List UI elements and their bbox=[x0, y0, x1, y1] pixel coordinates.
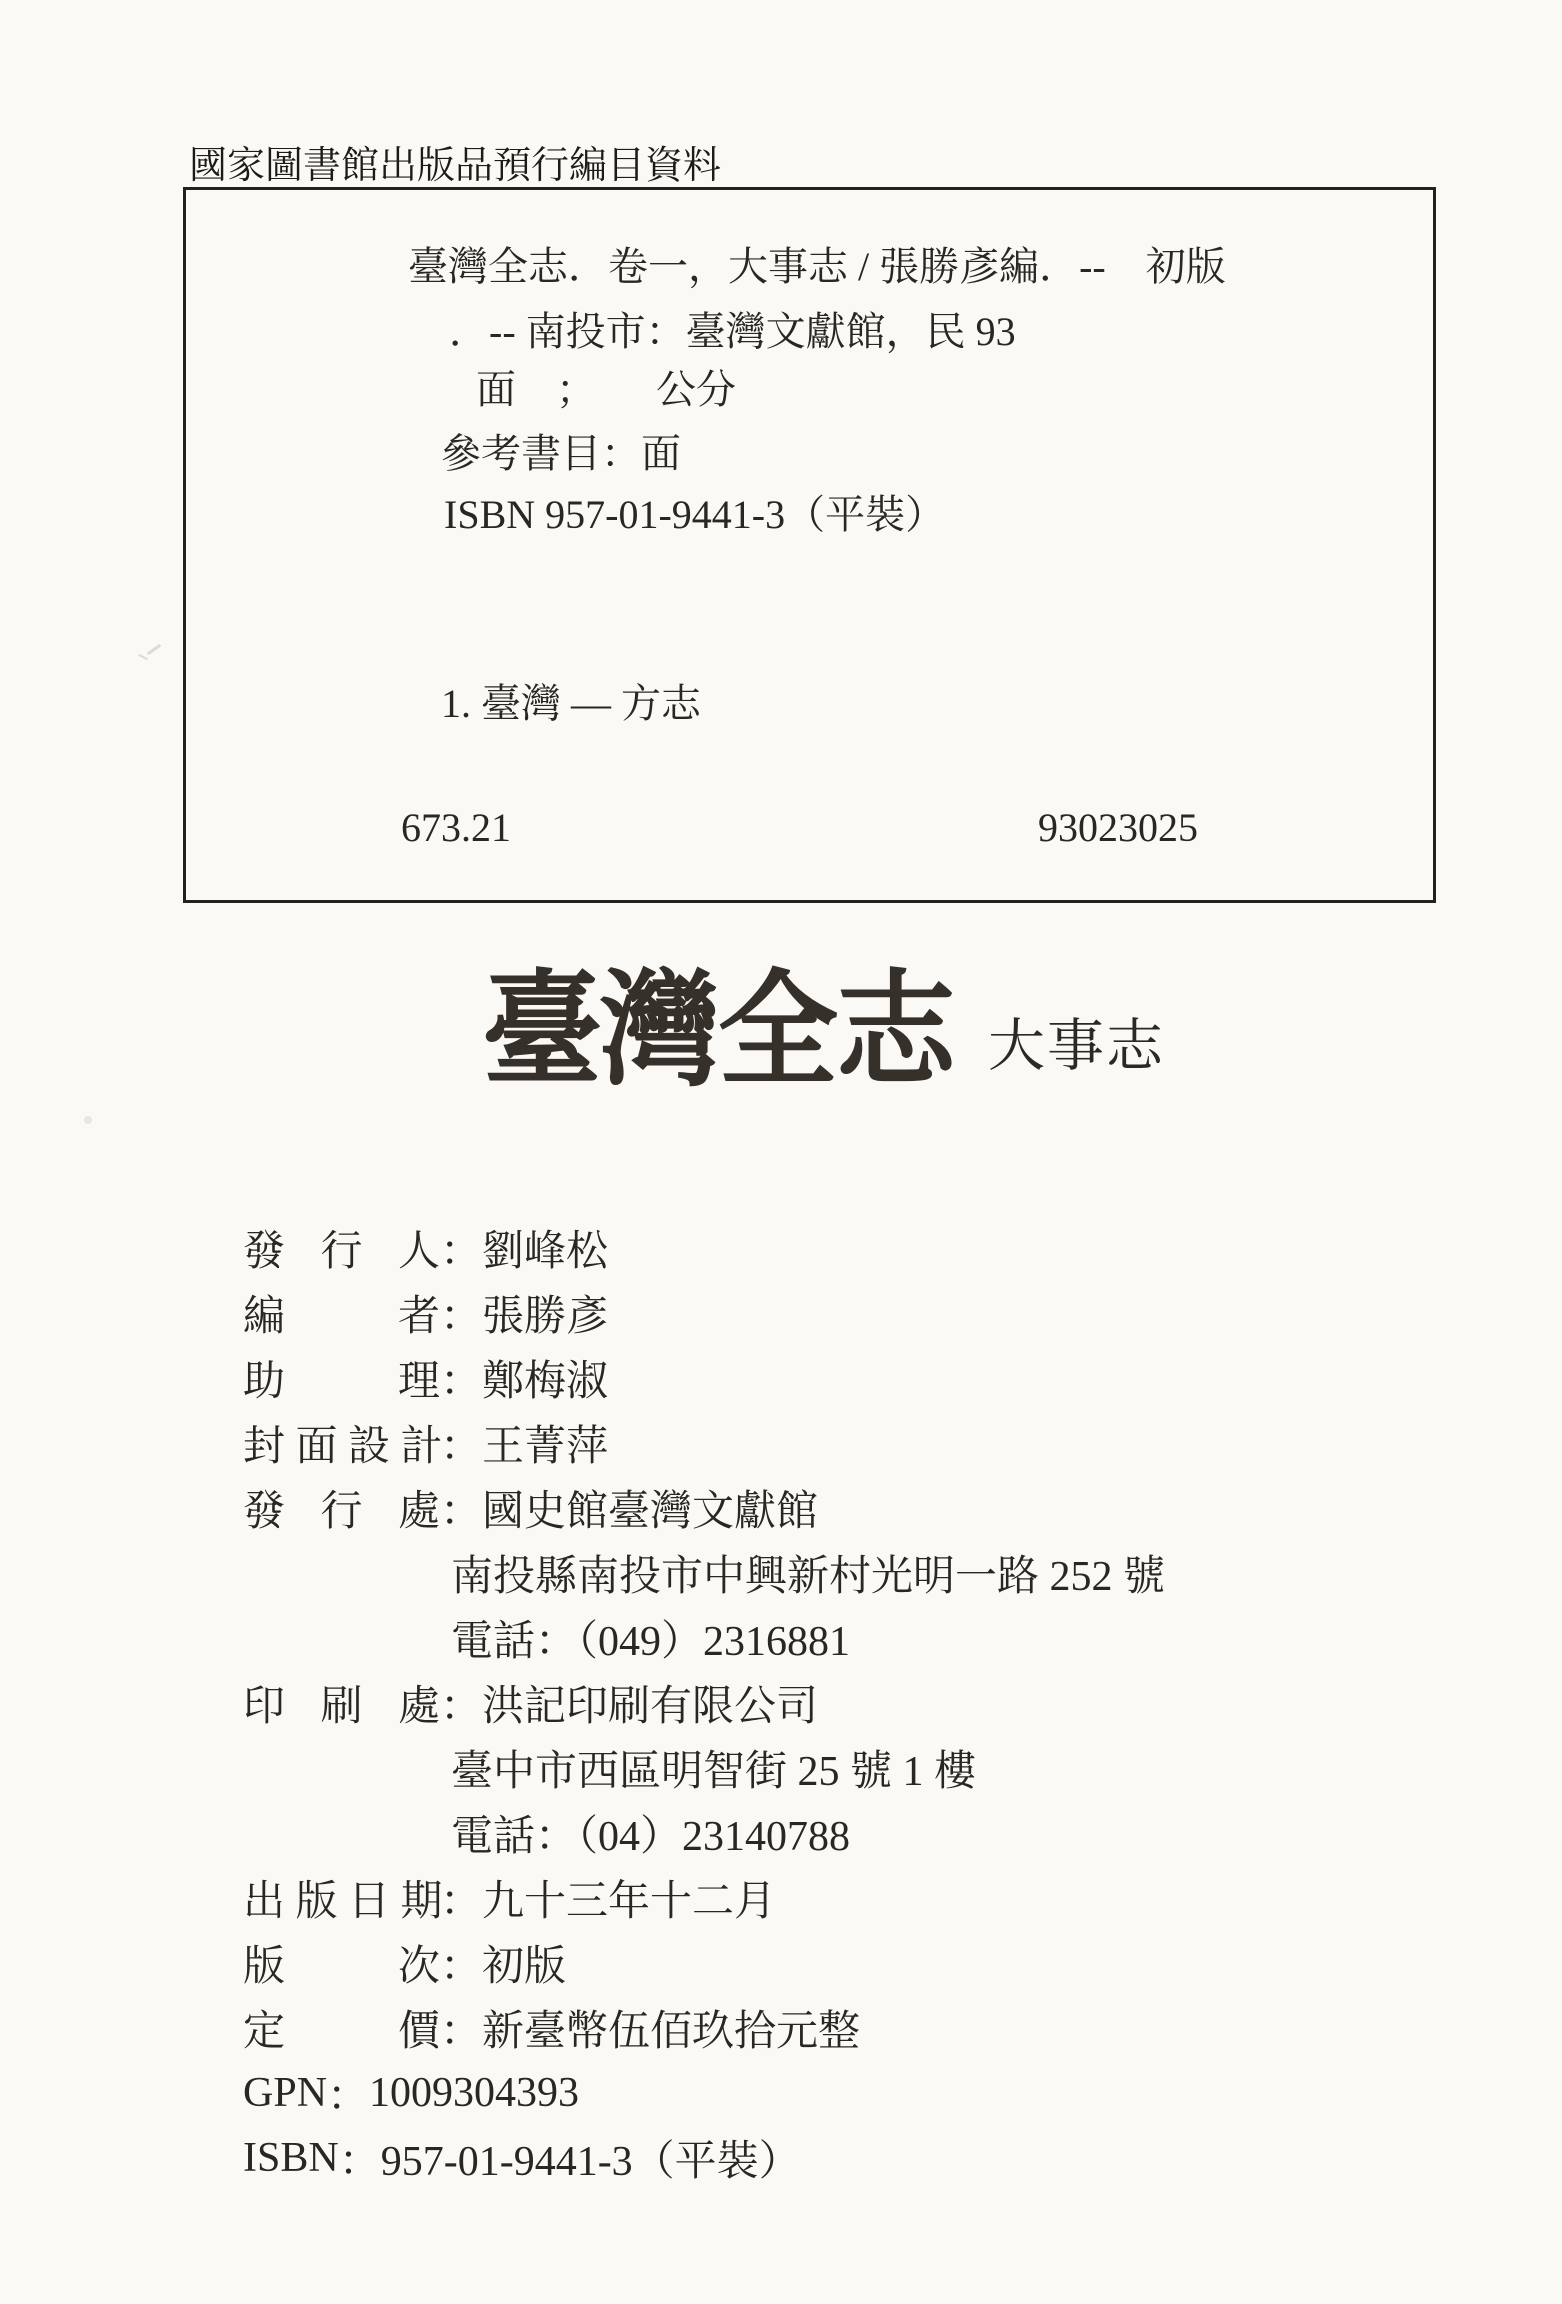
row-label: 定 價 bbox=[243, 1998, 440, 2058]
colophon-row-edition: 版 次：初版 bbox=[243, 1930, 1343, 1995]
colophon-row-publisher-person: 發 行 人：劉峰松 bbox=[243, 1215, 1343, 1280]
cip-line-imprint: ．-- 南投市：臺灣文獻館，民 93 bbox=[449, 312, 1016, 352]
row-label: 編 者 bbox=[243, 1283, 440, 1343]
colophon-row-isbn: ISBN：957-01-9441-3（平裝） bbox=[243, 2125, 1343, 2190]
row-value: 劉峰松 bbox=[482, 1218, 608, 1278]
colophon-row-editor: 編 者：張勝彥 bbox=[243, 1280, 1343, 1345]
book-volume-title: 大事志 bbox=[988, 1000, 1165, 1082]
cip-record-number: 93023025 bbox=[1038, 808, 1198, 848]
cip-data-box: 臺灣全志．卷一，大事志 / 張勝彥編．-- 初版 ．-- 南投市：臺灣文獻館，民… bbox=[183, 187, 1436, 903]
colophon-row-publisher-address: 南投縣南投市中興新村光明一路 252 號 bbox=[243, 1540, 1343, 1605]
colophon-row-publication-date: 出 版 日 期：九十三年十二月 bbox=[243, 1865, 1343, 1930]
row-colon: ： bbox=[440, 1868, 482, 1928]
row-label: 助 理 bbox=[243, 1348, 440, 1408]
row-value: 洪記印刷有限公司 bbox=[482, 1673, 818, 1733]
row-label: 版 次 bbox=[243, 1933, 440, 1993]
cip-subject-heading: 1. 臺灣 — 方志 bbox=[441, 684, 701, 724]
row-value: 957-01-9441-3（平裝） bbox=[381, 2128, 801, 2188]
row-value: 臺中市西區明智街 25 號 1 樓 bbox=[451, 1738, 976, 1798]
colophon-row-printer-address: 臺中市西區明智街 25 號 1 樓 bbox=[243, 1735, 1343, 1800]
cip-line-isbn: ISBN 957-01-9441-3（平裝） bbox=[444, 495, 945, 535]
colophon-row-publisher-phone: 電話：（049）2316881 bbox=[243, 1605, 1343, 1670]
row-colon: ： bbox=[339, 2128, 381, 2188]
row-colon: ： bbox=[440, 1283, 482, 1343]
row-colon: ： bbox=[327, 2063, 369, 2123]
row-colon: ： bbox=[440, 1218, 482, 1278]
row-label: 發 行 人 bbox=[243, 1218, 440, 1278]
colophon-row-printer: 印 刷 處：洪記印刷有限公司 bbox=[243, 1670, 1343, 1735]
book-title-block: 臺灣全志 大事志 bbox=[482, 960, 1165, 1104]
scan-artifact bbox=[84, 1116, 92, 1124]
colophon-row-price: 定 價：新臺幣伍佰玖拾元整 bbox=[243, 1995, 1343, 2060]
row-value: 電話：（04）23140788 bbox=[451, 1803, 850, 1863]
row-value: 王菁萍 bbox=[482, 1413, 608, 1473]
row-value: 新臺幣伍佰玖拾元整 bbox=[482, 1998, 860, 2058]
row-value: 國史館臺灣文獻館 bbox=[482, 1478, 818, 1538]
cip-line-bibliography-note: 參考書目：面 bbox=[441, 434, 681, 474]
colophon-row-publishing-office: 發 行 處：國史館臺灣文獻館 bbox=[243, 1475, 1343, 1540]
cip-header-title: 國家圖書館出版品預行編目資料 bbox=[189, 134, 721, 189]
row-label: ISBN bbox=[243, 2134, 339, 2182]
row-value: 初版 bbox=[482, 1933, 566, 1993]
row-colon: ： bbox=[440, 1413, 482, 1473]
colophon-row-cover-design: 封 面 設 計：王菁萍 bbox=[243, 1410, 1343, 1475]
scan-artifact bbox=[138, 654, 148, 660]
colophon-row-assistant: 助 理：鄭梅淑 bbox=[243, 1345, 1343, 1410]
row-value: 電話：（049）2316881 bbox=[451, 1608, 850, 1668]
row-value: 九十三年十二月 bbox=[482, 1868, 776, 1928]
cip-line-collation: 面 ； 公分 bbox=[476, 370, 736, 410]
row-label: 發 行 處 bbox=[243, 1478, 440, 1538]
row-colon: ： bbox=[440, 1478, 482, 1538]
colophon-row-gpn: GPN：1009304393 bbox=[243, 2060, 1343, 2125]
row-value: 鄭梅淑 bbox=[482, 1348, 608, 1408]
row-label: 印 刷 處 bbox=[243, 1673, 440, 1733]
colophon-details: 發 行 人：劉峰松 編 者：張勝彥 助 理：鄭梅淑 封 面 設 計：王菁萍 發 … bbox=[243, 1215, 1343, 2190]
row-label: 出 版 日 期 bbox=[243, 1868, 440, 1928]
row-value: 1009304393 bbox=[369, 2069, 579, 2117]
row-colon: ： bbox=[440, 1933, 482, 1993]
row-colon: ： bbox=[440, 1348, 482, 1408]
row-value: 南投縣南投市中興新村光明一路 252 號 bbox=[451, 1543, 1165, 1603]
row-label: 封 面 設 計 bbox=[243, 1413, 440, 1473]
row-label: GPN bbox=[243, 2069, 327, 2117]
row-value: 張勝彥 bbox=[482, 1283, 608, 1343]
colophon-row-printer-phone: 電話：（04）23140788 bbox=[243, 1800, 1343, 1865]
cip-classification-number: 673.21 bbox=[401, 808, 511, 848]
scan-artifact bbox=[147, 644, 162, 656]
row-colon: ： bbox=[440, 1998, 482, 2058]
cip-line-title-statement: 臺灣全志．卷一，大事志 / 張勝彥編．-- 初版 bbox=[408, 247, 1226, 287]
book-title-calligraphy: 臺灣全志 bbox=[482, 957, 954, 1107]
row-colon: ： bbox=[440, 1673, 482, 1733]
scanned-colophon-page: 國家圖書館出版品預行編目資料 臺灣全志．卷一，大事志 / 張勝彥編．-- 初版 … bbox=[0, 0, 1562, 2304]
